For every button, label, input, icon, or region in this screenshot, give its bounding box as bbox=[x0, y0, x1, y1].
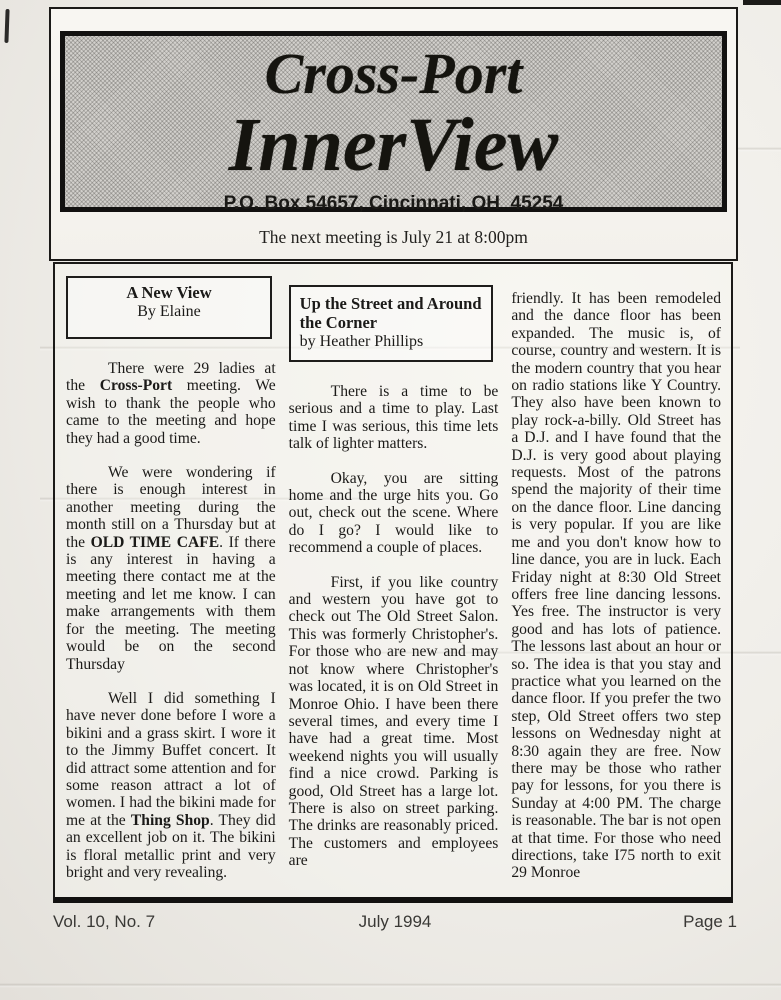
masthead-section: Cross-Port InnerView P.O. Box 54657, Cin… bbox=[49, 7, 738, 261]
article-text-column-2: There is a time to be serious and a time… bbox=[289, 383, 499, 870]
page-footer: Vol. 10, No. 7 July 1994 Page 1 bbox=[53, 912, 737, 932]
article-title: A New View bbox=[72, 283, 266, 302]
article-title: Up the Street and Around the Corner bbox=[300, 294, 485, 332]
column-2: Up the Street and Around the Corner by H… bbox=[289, 276, 499, 897]
text-segment: Cross-Port bbox=[100, 377, 172, 394]
newsletter-address: P.O. Box 54657, Cincinnati, OH 45254 bbox=[65, 193, 722, 215]
text-segment: Well I did something I have never done b… bbox=[66, 690, 276, 829]
text-segment: . If there is any interest in having a m… bbox=[66, 534, 276, 673]
newsletter-page: { "masthead": { "title_line1": "Cross-Po… bbox=[0, 0, 781, 1000]
masthead-banner: Cross-Port InnerView P.O. Box 54657, Cin… bbox=[60, 31, 727, 212]
article-text-column-1: There were 29 ladies at the Cross-Port m… bbox=[66, 360, 276, 881]
text-segment: friendly. It has been remodeled and the … bbox=[511, 290, 721, 881]
article-byline: By Elaine bbox=[72, 302, 266, 321]
paper-crease bbox=[0, 983, 781, 988]
text-segment: First, if you like country and western y… bbox=[289, 574, 499, 870]
newsletter-title-line1: Cross-Port bbox=[65, 45, 722, 103]
newsletter-title-line2: InnerView bbox=[65, 107, 722, 183]
article-body: A New View By Elaine There were 29 ladie… bbox=[53, 262, 733, 903]
paragraph: First, if you like country and western y… bbox=[289, 574, 499, 870]
meeting-notice: The next meeting is July 21 at 8:00pm bbox=[51, 215, 736, 259]
text-segment: There is a time to be serious and a time… bbox=[289, 383, 499, 452]
page-number: Page 1 bbox=[509, 912, 737, 932]
scan-artifact-left-edge bbox=[4, 9, 9, 43]
text-segment: OLD TIME CAFE bbox=[91, 534, 220, 551]
issue-date: July 1994 bbox=[281, 912, 509, 932]
paragraph: There were 29 ladies at the Cross-Port m… bbox=[66, 360, 276, 447]
article-byline: by Heather Phillips bbox=[300, 332, 485, 351]
paragraph: Okay, you are sitting home and the urge … bbox=[289, 470, 499, 557]
paragraph: Well I did something I have never done b… bbox=[66, 690, 276, 881]
text-segment: Okay, you are sitting home and the urge … bbox=[289, 470, 499, 557]
article-text-column-3: friendly. It has been remodeled and the … bbox=[511, 290, 721, 882]
paragraph: There is a time to be serious and a time… bbox=[289, 383, 499, 453]
text-segment: Thing Shop bbox=[131, 812, 210, 829]
column-1: A New View By Elaine There were 29 ladie… bbox=[66, 276, 276, 897]
article-header-up-the-street: Up the Street and Around the Corner by H… bbox=[289, 285, 493, 362]
scan-artifact-top-right bbox=[743, 0, 781, 5]
volume-number: Vol. 10, No. 7 bbox=[53, 912, 281, 932]
paragraph: We were wondering if there is enough int… bbox=[66, 464, 276, 673]
column-3: friendly. It has been remodeled and the … bbox=[511, 276, 721, 897]
article-header-a-new-view: A New View By Elaine bbox=[66, 276, 272, 339]
paragraph: friendly. It has been remodeled and the … bbox=[511, 290, 721, 882]
